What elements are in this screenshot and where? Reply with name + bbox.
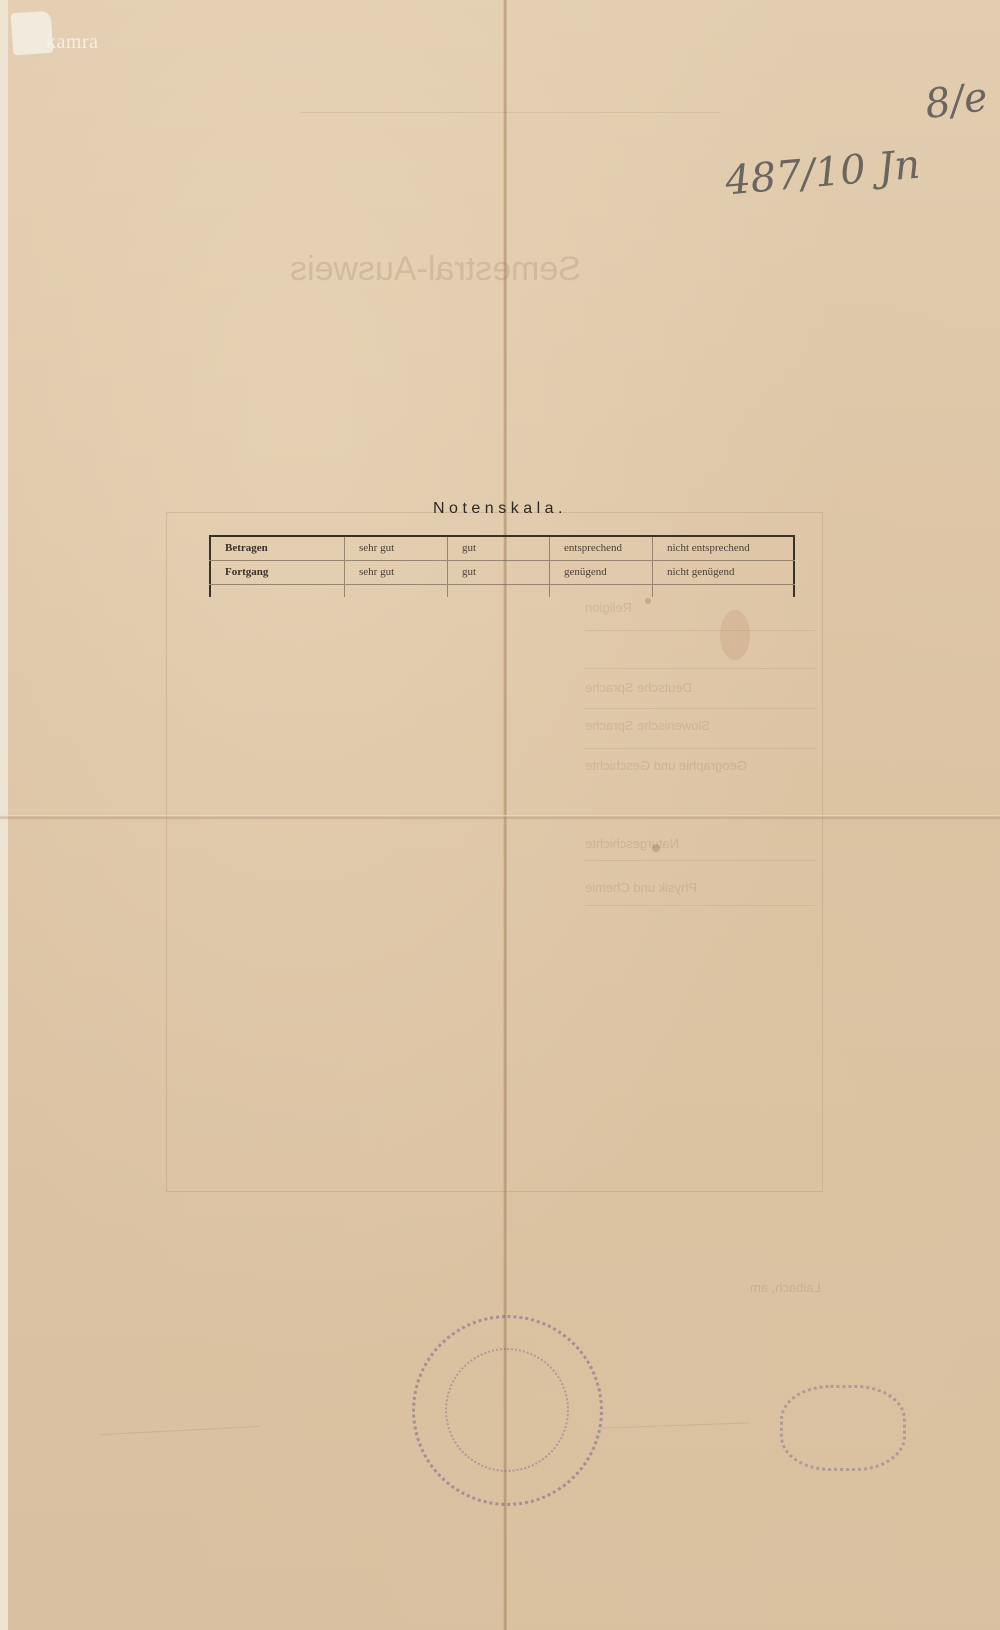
logo-icon [11,11,54,56]
official-seal-stamp [412,1315,603,1506]
watermark-text: kamra [46,31,98,54]
empty-cell [448,585,550,597]
empty-cell [653,585,795,597]
stain [720,610,750,660]
table-row: Fortgang sehr gut gut genügend nicht gen… [209,561,795,585]
signature-trace [100,1426,260,1435]
seal-inner-ring [445,1348,569,1472]
show-through-heading: Semestral-Ausweis [290,250,581,289]
watermark-logo: kamra [12,12,98,54]
grade-cell: sehr gut [345,561,448,584]
horizontal-fold [0,815,1000,820]
show-through-line [585,708,815,709]
table-row-empty [209,585,795,597]
table-row: Betragen sehr gut gut entsprechend nicht… [209,537,795,561]
empty-cell [550,585,653,597]
empty-cell [345,585,448,597]
row-label: Betragen [209,537,345,560]
pencil-annotation-number: 487/10 Jn [723,142,922,205]
show-through-line [585,860,815,861]
stain [652,844,660,852]
grade-cell: gut [448,537,550,560]
pencil-annotation-corner: 8/e [922,74,990,128]
show-through-subject: Naturgeschichte [585,836,679,851]
show-through-subject: Slowenische Sprache [585,718,710,733]
grade-cell: sehr gut [345,537,448,560]
grading-scale-table: Betragen sehr gut gut entsprechend nicht… [209,535,795,597]
show-through-line [585,630,815,631]
show-through-frame [166,512,823,1192]
empty-cell [209,585,345,597]
stain [645,598,651,604]
row-label: Fortgang [209,561,345,584]
show-through-line [585,748,815,749]
grade-cell: nicht genügend [653,561,795,584]
grade-cell: genügend [550,561,653,584]
show-through-subject: Religion [585,600,632,615]
grading-scale-title: Notenskala. [0,500,1000,518]
show-through-subject: Geographie und Geschichte [585,758,747,773]
grade-cell: entsprechend [550,537,653,560]
show-through-place-date: Laibach, am [750,1280,821,1295]
secondary-stamp [780,1385,906,1471]
document-page: kamra Semestral-Ausweis Religion Deutsch… [0,0,1000,1630]
grade-cell: nicht entsprechend [653,537,795,560]
show-through-subject: Deutsche Sprache [585,680,692,695]
signature-trace [600,1422,750,1428]
show-through-line [300,112,720,113]
grade-cell: gut [448,561,550,584]
show-through-line [585,905,815,906]
show-through-subject: Physik und Chemie [585,880,697,895]
show-through-line [585,668,815,669]
